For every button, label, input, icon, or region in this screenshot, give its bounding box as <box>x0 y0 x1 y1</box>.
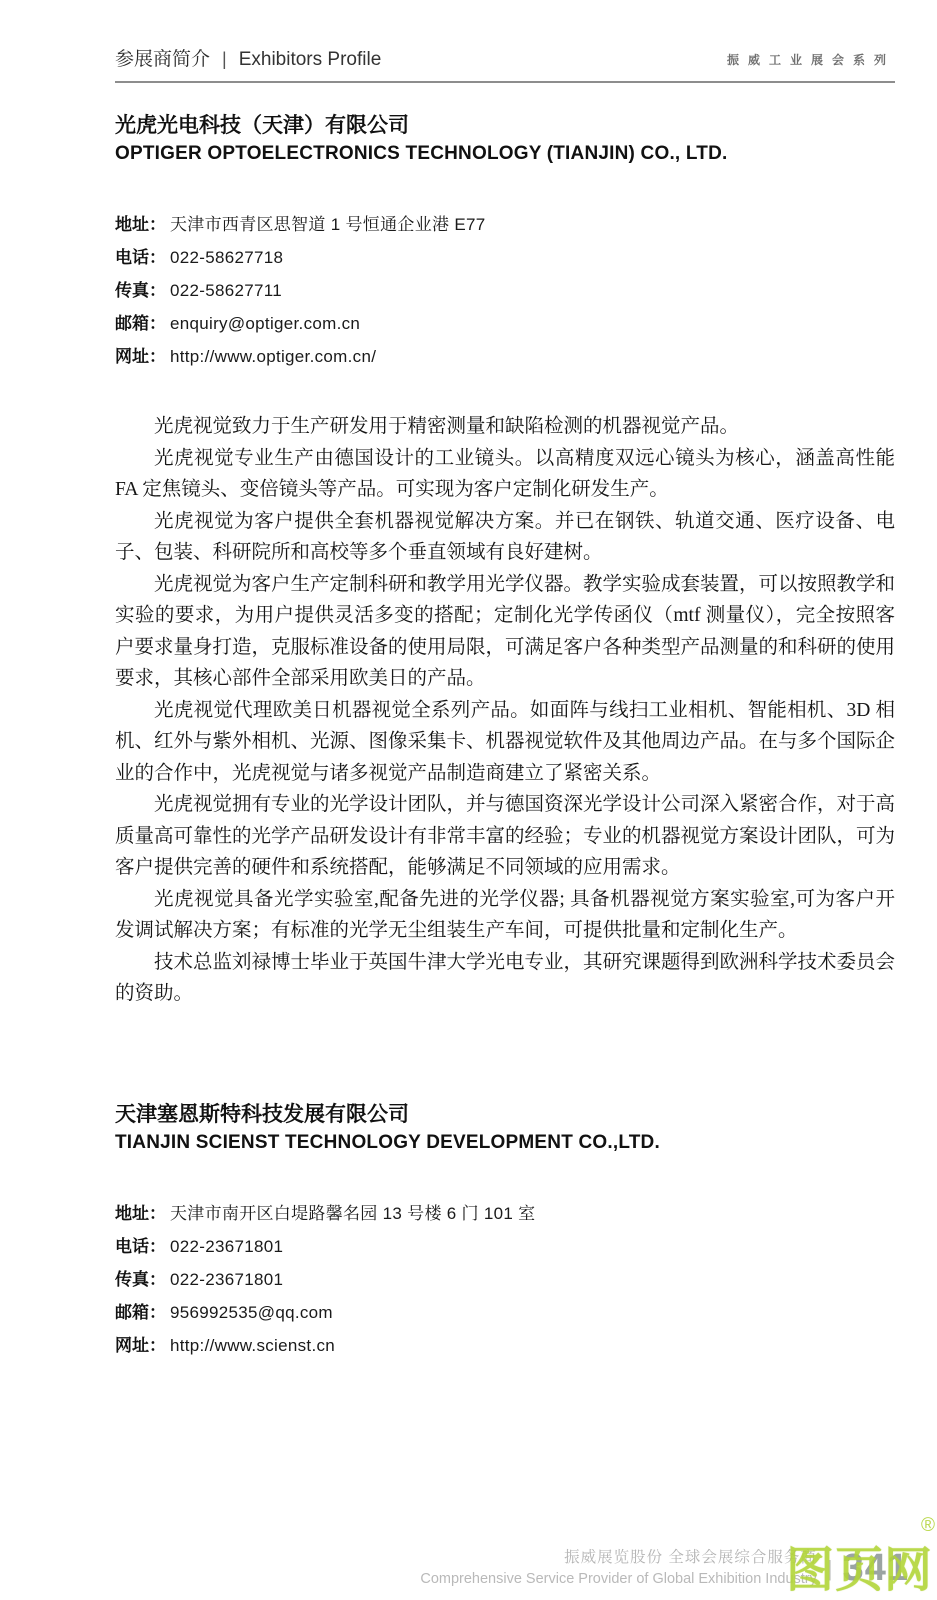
phone-label: 电话： <box>115 1230 166 1263</box>
paragraph: 光虎视觉具备光学实验室,配备先进的光学仪器; 具备机器视觉方案实验室,可为客户开… <box>115 884 895 947</box>
watermark-text: 图页网 <box>786 1544 933 1597</box>
company2-name-en: TIANJIN SCIENST TECHNOLOGY DEVELOPMENT C… <box>115 1130 895 1157</box>
watermark-logo: ® 图页网 <box>786 1531 933 1600</box>
series-label: 振威工业展会系列 <box>727 51 895 71</box>
contact-row-address: 地址： 天津市西青区思智道 1 号恒通企业港 E77 <box>115 208 895 241</box>
contact-row-website: 网址： http://www.scienst.cn <box>115 1329 895 1362</box>
header-separator: | <box>222 49 227 70</box>
contact-row-address: 地址： 天津市南开区白堤路馨名园 13 号楼 6 门 101 室 <box>115 1197 895 1230</box>
address-label: 地址： <box>115 208 166 241</box>
contact-row-phone: 电话： 022-58627718 <box>115 241 895 274</box>
contact-row-email: 邮箱： 956992535@qq.com <box>115 1296 895 1329</box>
paragraph: 光虎视觉代理欧美日机器视觉全系列产品。如面阵与线扫工业相机、智能相机、3D 相机… <box>115 695 895 790</box>
company1-description: 光虎视觉致力于生产研发用于精密测量和缺陷检测的机器视觉产品。 光虎视觉专业生产由… <box>115 411 895 1010</box>
company2-contact-block: 地址： 天津市南开区白堤路馨名园 13 号楼 6 门 101 室 电话： 022… <box>115 1197 895 1362</box>
company1-contact-block: 地址： 天津市西青区思智道 1 号恒通企业港 E77 电话： 022-58627… <box>115 208 895 373</box>
paragraph: 技术总监刘禄博士毕业于英国牛津大学光电专业，其研究课题得到欧洲科学技术委员会的资… <box>115 947 895 1010</box>
phone-value: 022-23671801 <box>170 1230 283 1263</box>
phone-label: 电话： <box>115 241 166 274</box>
header-title-en: Exhibitors Profile <box>239 49 382 71</box>
fax-label: 传真： <box>115 274 166 307</box>
contact-row-website: 网址： http://www.optiger.com.cn/ <box>115 340 895 373</box>
header-title-cn: 参展商简介 <box>115 44 210 71</box>
address-value: 天津市西青区思智道 1 号恒通企业港 E77 <box>170 208 485 241</box>
paragraph: 光虎视觉为客户生产定制科研和教学用光学仪器。教学实验成套装置，可以按照教学和实验… <box>115 569 895 695</box>
paragraph: 光虎视觉拥有专业的光学设计团队，并与德国资深光学设计公司深入紧密合作，对于高质量… <box>115 789 895 884</box>
website-value: http://www.optiger.com.cn/ <box>170 340 376 373</box>
contact-row-fax: 传真： 022-23671801 <box>115 1263 895 1296</box>
fax-label: 传真： <box>115 1263 166 1296</box>
registered-trademark-icon: ® <box>921 1515 935 1537</box>
company-section-optiger: 光虎光电科技（天津）有限公司 OPTIGER OPTOELECTRONICS T… <box>115 111 895 1010</box>
paragraph: 光虎视觉致力于生产研发用于精密测量和缺陷检测的机器视觉产品。 <box>115 411 895 443</box>
footer-text: 振威展览股份 全球会展综合服务商 Comprehensive Service P… <box>420 1547 817 1590</box>
phone-value: 022-58627718 <box>170 241 283 274</box>
email-value: enquiry@optiger.com.cn <box>170 307 360 340</box>
paragraph: 光虎视觉专业生产由德国设计的工业镜头。以高精度双远心镜头为核心，涵盖高性能 FA… <box>115 443 895 506</box>
website-label: 网址： <box>115 1329 166 1362</box>
company2-name-cn: 天津塞恩斯特科技发展有限公司 <box>115 1100 895 1130</box>
fax-value: 022-23671801 <box>170 1263 283 1296</box>
footer-line-cn: 振威展览股份 全球会展综合服务商 <box>420 1547 817 1569</box>
footer-line-en: Comprehensive Service Provider of Global… <box>420 1569 817 1590</box>
contact-row-phone: 电话： 022-23671801 <box>115 1230 895 1263</box>
company-section-scienst: 天津塞恩斯特科技发展有限公司 TIANJIN SCIENST TECHNOLOG… <box>115 1100 895 1362</box>
company1-name-cn: 光虎光电科技（天津）有限公司 <box>115 111 895 141</box>
document-page: 参展商简介 | Exhibitors Profile 振威工业展会系列 光虎光电… <box>0 0 937 1600</box>
address-label: 地址： <box>115 1197 166 1230</box>
page-header: 参展商简介 | Exhibitors Profile 振威工业展会系列 <box>115 44 895 83</box>
website-value: http://www.scienst.cn <box>170 1329 335 1362</box>
page-header-title: 参展商简介 | Exhibitors Profile <box>115 44 381 71</box>
fax-value: 022-58627711 <box>170 274 282 307</box>
address-value: 天津市南开区白堤路馨名园 13 号楼 6 门 101 室 <box>170 1197 535 1230</box>
email-label: 邮箱： <box>115 307 166 340</box>
contact-row-fax: 传真： 022-58627711 <box>115 274 895 307</box>
email-label: 邮箱： <box>115 1296 166 1329</box>
company1-name-en: OPTIGER OPTOELECTRONICS TECHNOLOGY (TIAN… <box>115 141 895 168</box>
paragraph: 光虎视觉为客户提供全套机器视觉解决方案。并已在钢铁、轨道交通、医疗设备、电子、包… <box>115 506 895 569</box>
email-value: 956992535@qq.com <box>170 1296 333 1329</box>
website-label: 网址： <box>115 340 166 373</box>
contact-row-email: 邮箱： enquiry@optiger.com.cn <box>115 307 895 340</box>
